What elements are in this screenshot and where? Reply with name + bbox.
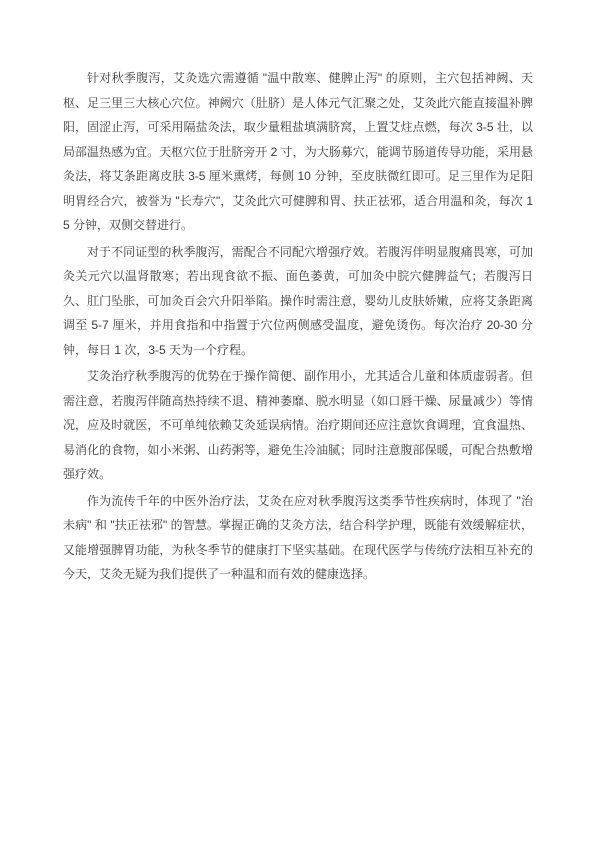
paragraph-advantages-precautions: 艾灸治疗秋季腹泻的优势在于操作简便、副作用小，尤其适合儿童和体质虚弱者。但需注意… bbox=[63, 364, 533, 487]
paragraph-conclusion: 作为流传千年的中医外治疗法，艾灸在应对秋季腹泻这类季节性疾病时，体现了 "治未病… bbox=[63, 489, 533, 587]
document-body: 针对秋季腹泻，艾灸选穴需遵循 "温中散寒、健脾止泻" 的原则，主穴包括神阙、天枢… bbox=[63, 66, 533, 587]
paragraph-syndrome-pairing: 对于不同证型的秋季腹泻，需配合不同配穴增强疗效。若腹泻伴明显腹痛畏寒，可加灸关元… bbox=[63, 240, 533, 363]
document-page: 针对秋季腹泻，艾灸选穴需遵循 "温中散寒、健脾止泻" 的原则，主穴包括神阙、天枢… bbox=[0, 0, 595, 841]
paragraph-acupoint-selection: 针对秋季腹泻，艾灸选穴需遵循 "温中散寒、健脾止泻" 的原则，主穴包括神阙、天枢… bbox=[63, 66, 533, 238]
